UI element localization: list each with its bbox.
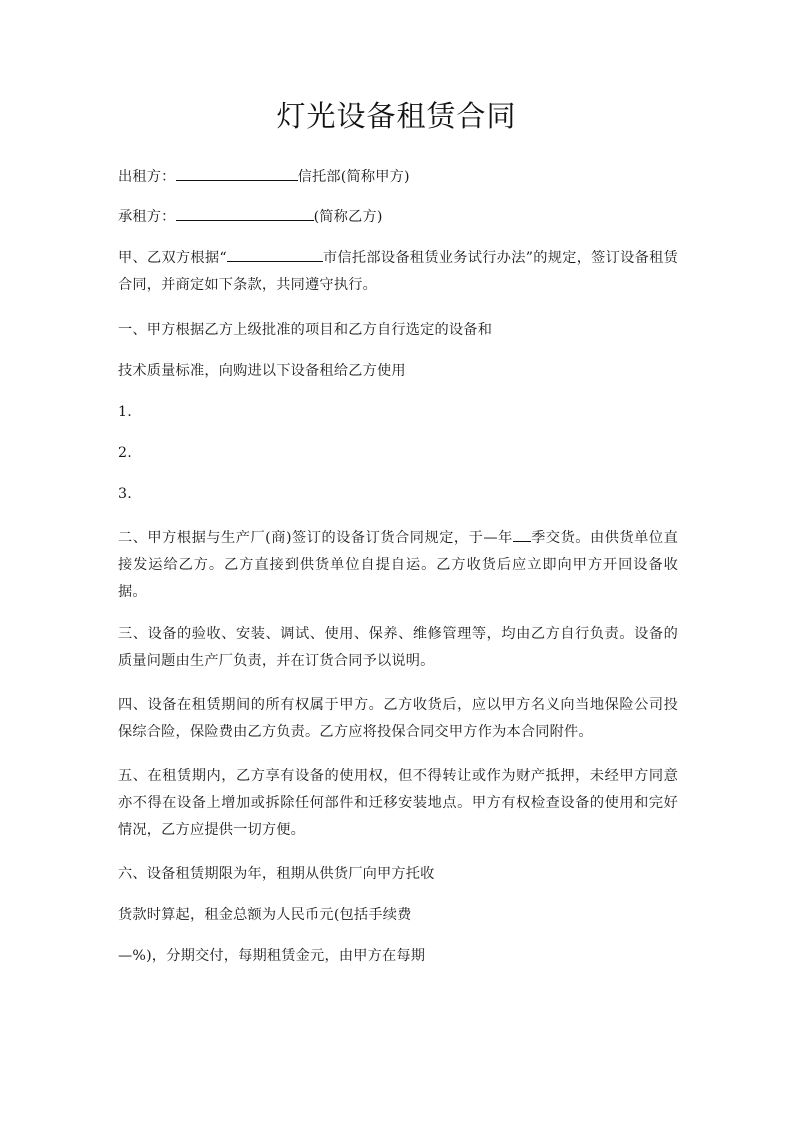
lessor-line: 出租方：信托部(简称甲方) — [118, 164, 678, 191]
item-3: 3. — [118, 481, 678, 508]
lessee-suffix: (简称乙方) — [314, 209, 383, 225]
lessee-line: 承租方：(简称乙方) — [118, 204, 678, 231]
clause-5-paragraph: 五、在租赁期内，乙方享有设备的使用权，但不得转让或作为财产抵押，未经甲方同意亦不… — [118, 763, 678, 844]
clause-2-prefix: 二、甲方根据与生产厂(商)签订的设备订货合同规定，于—年 — [118, 530, 513, 546]
clause-6-line-1: 六、设备租赁期限为年，租期从供货厂向甲方托收 — [118, 861, 678, 888]
preamble-blank — [227, 248, 323, 262]
document-page: 灯光设备租赁合同 出租方：信托部(简称甲方) 承租方：(简称乙方) 甲、乙双方根… — [0, 0, 793, 1122]
clause-1-line-1: 一、甲方根据乙方上级批准的项目和乙方自行选定的设备和 — [118, 317, 678, 344]
item-2: 2. — [118, 440, 678, 467]
clause-3-paragraph: 三、设备的验收、安装、调试、使用、保养、维修管理等，均由乙方自行负责。设备的质量… — [118, 621, 678, 675]
clause-2-blank — [513, 528, 531, 542]
clause-4-paragraph: 四、设备在租赁期间的所有权属于甲方。乙方收货后，应以甲方名义向当地保险公司投保综… — [118, 692, 678, 746]
preamble-prefix: 甲、乙双方根据“ — [118, 250, 227, 266]
preamble-paragraph: 甲、乙双方根据“市信托部设备租赁业务试行办法”的规定，签订设备租赁合同，并商定如… — [118, 245, 678, 299]
lessor-suffix: 信托部(简称甲方) — [298, 169, 410, 185]
clause-6-line-3: —%)，分期交付，每期租赁金元，由甲方在每期 — [118, 943, 678, 970]
lessee-label: 承租方： — [118, 209, 176, 225]
lessee-blank — [176, 207, 314, 221]
lessor-label: 出租方： — [118, 169, 176, 185]
document-title: 灯光设备租赁合同 — [0, 96, 793, 136]
clause-6-line-2: 货款时算起，租金总额为人民币元(包括手续费 — [118, 902, 678, 929]
clause-2-paragraph: 二、甲方根据与生产厂(商)签订的设备订货合同规定，于—年季交货。由供货单位直接发… — [118, 525, 678, 606]
item-1: 1. — [118, 399, 678, 426]
clause-1-line-2: 技术质量标准，向购进以下设备租给乙方使用 — [118, 358, 678, 385]
lessor-blank — [176, 167, 298, 181]
